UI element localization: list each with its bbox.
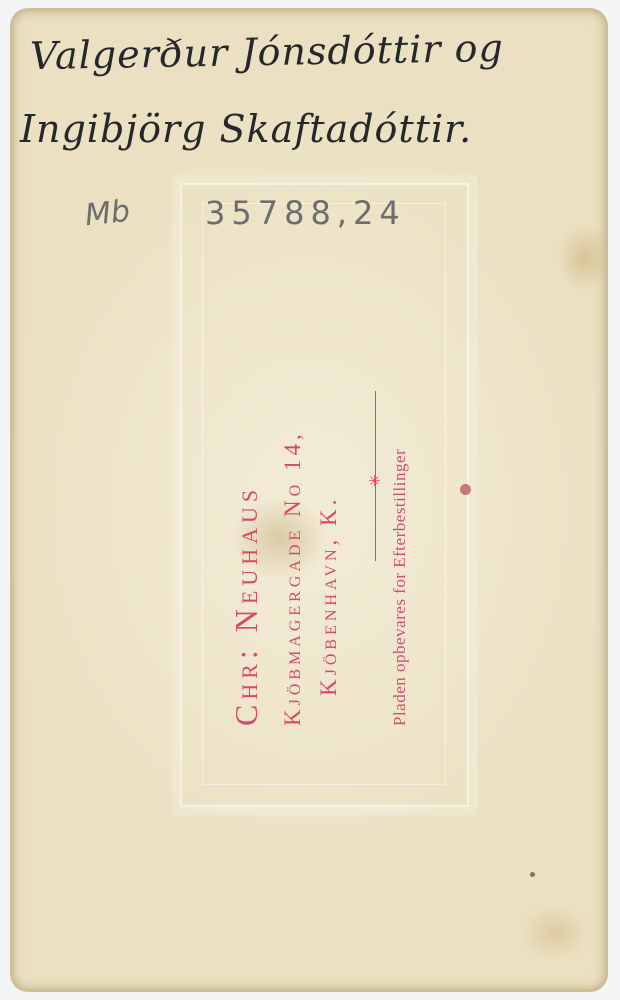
reorder-note: Pladen opbevares for Efterbestillinger xyxy=(390,449,410,726)
studio-name: Chr: Neuhaus xyxy=(228,485,265,726)
stain-spot xyxy=(530,872,535,877)
star-ornament-icon: ✳ xyxy=(368,474,381,489)
stain-spot xyxy=(460,484,471,495)
handwritten-name-line-1: Valgerður Jónsdóttir og xyxy=(30,26,504,78)
pencil-archive-number: 35788,24 xyxy=(205,194,406,232)
handwritten-name-line-2: Ingibjörg Skaftadóttir. xyxy=(20,107,472,151)
studio-street-address: Kjöbmagergade No 14, xyxy=(280,430,306,726)
studio-imprint: Chr: Neuhaus Kjöbmagergade No 14, Kjöben… xyxy=(218,286,428,726)
pencil-archive-prefix: Mb xyxy=(83,194,131,234)
studio-city: Kjöbenhavn, K. xyxy=(316,496,342,696)
